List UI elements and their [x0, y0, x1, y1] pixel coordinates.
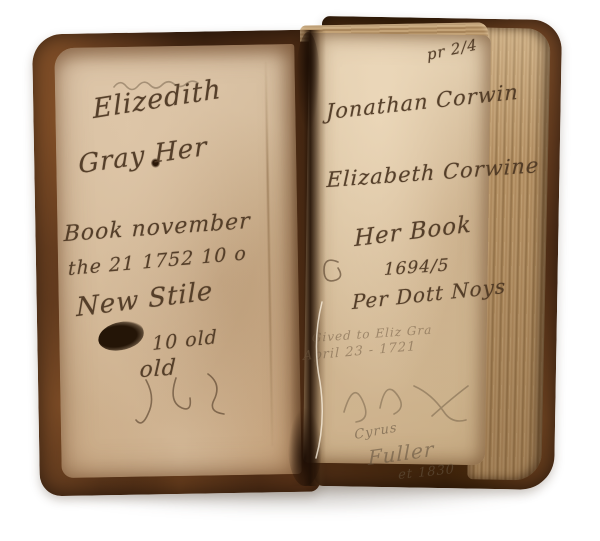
faint-scrawl-top-left-page — [112, 76, 222, 92]
flourish-scrawl-bottom-left-page — [128, 372, 248, 432]
gutter-shadow-top — [296, 32, 320, 132]
flourish-mark-right-page — [320, 256, 346, 286]
large-scrawl-right-page — [336, 372, 486, 432]
photo-of-open-antique-book: Elizedith Gray Her Book november the 21 … — [0, 0, 600, 541]
tear-line-right-page — [306, 300, 336, 460]
